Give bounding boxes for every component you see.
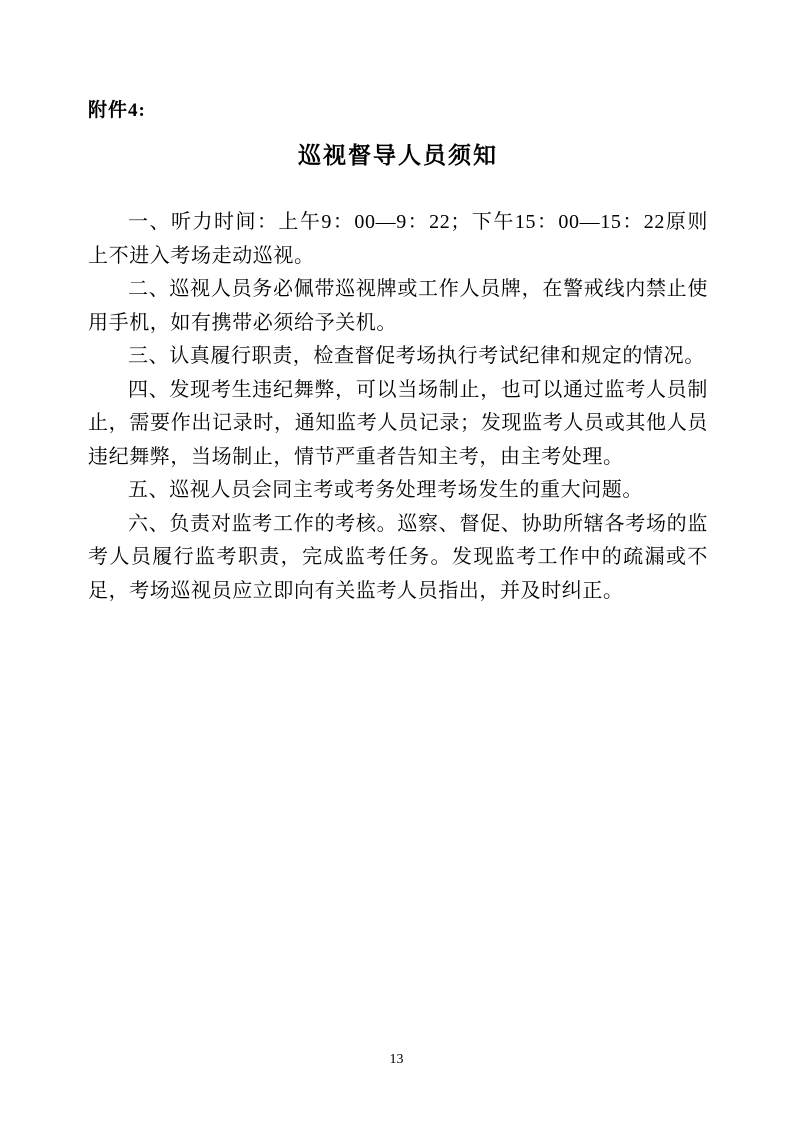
document-title: 巡视督导人员须知 bbox=[88, 140, 708, 170]
document-page: 附件4: 巡视督导人员须知 一、听力时间：上午9：00—9：22；下午15：00… bbox=[0, 0, 793, 1122]
paragraph-5: 五、巡视人员会同主考或考务处理考场发生的重大问题。 bbox=[88, 474, 708, 508]
paragraph-3: 三、认真履行职责，检查督促考场执行考试纪律和规定的情况。 bbox=[88, 340, 708, 374]
document-body: 一、听力时间：上午9：00—9：22；下午15：00—15：22原则上不进入考场… bbox=[88, 206, 708, 608]
paragraph-4: 四、发现考生违纪舞弊，可以当场制止，也可以通过监考人员制止，需要作出记录时，通知… bbox=[88, 374, 708, 475]
paragraph-1: 一、听力时间：上午9：00—9：22；下午15：00—15：22原则上不进入考场… bbox=[88, 206, 708, 273]
paragraph-2: 二、巡视人员务必佩带巡视牌或工作人员牌，在警戒线内禁止使用手机，如有携带必须给予… bbox=[88, 273, 708, 340]
attachment-label: 附件4: bbox=[88, 98, 708, 124]
page-number: 13 bbox=[0, 1052, 793, 1068]
paragraph-6: 六、负责对监考工作的考核。巡察、督促、协助所辖各考场的监考人员履行监考职责，完成… bbox=[88, 508, 708, 609]
document-content: 附件4: 巡视督导人员须知 一、听力时间：上午9：00—9：22；下午15：00… bbox=[88, 98, 708, 608]
